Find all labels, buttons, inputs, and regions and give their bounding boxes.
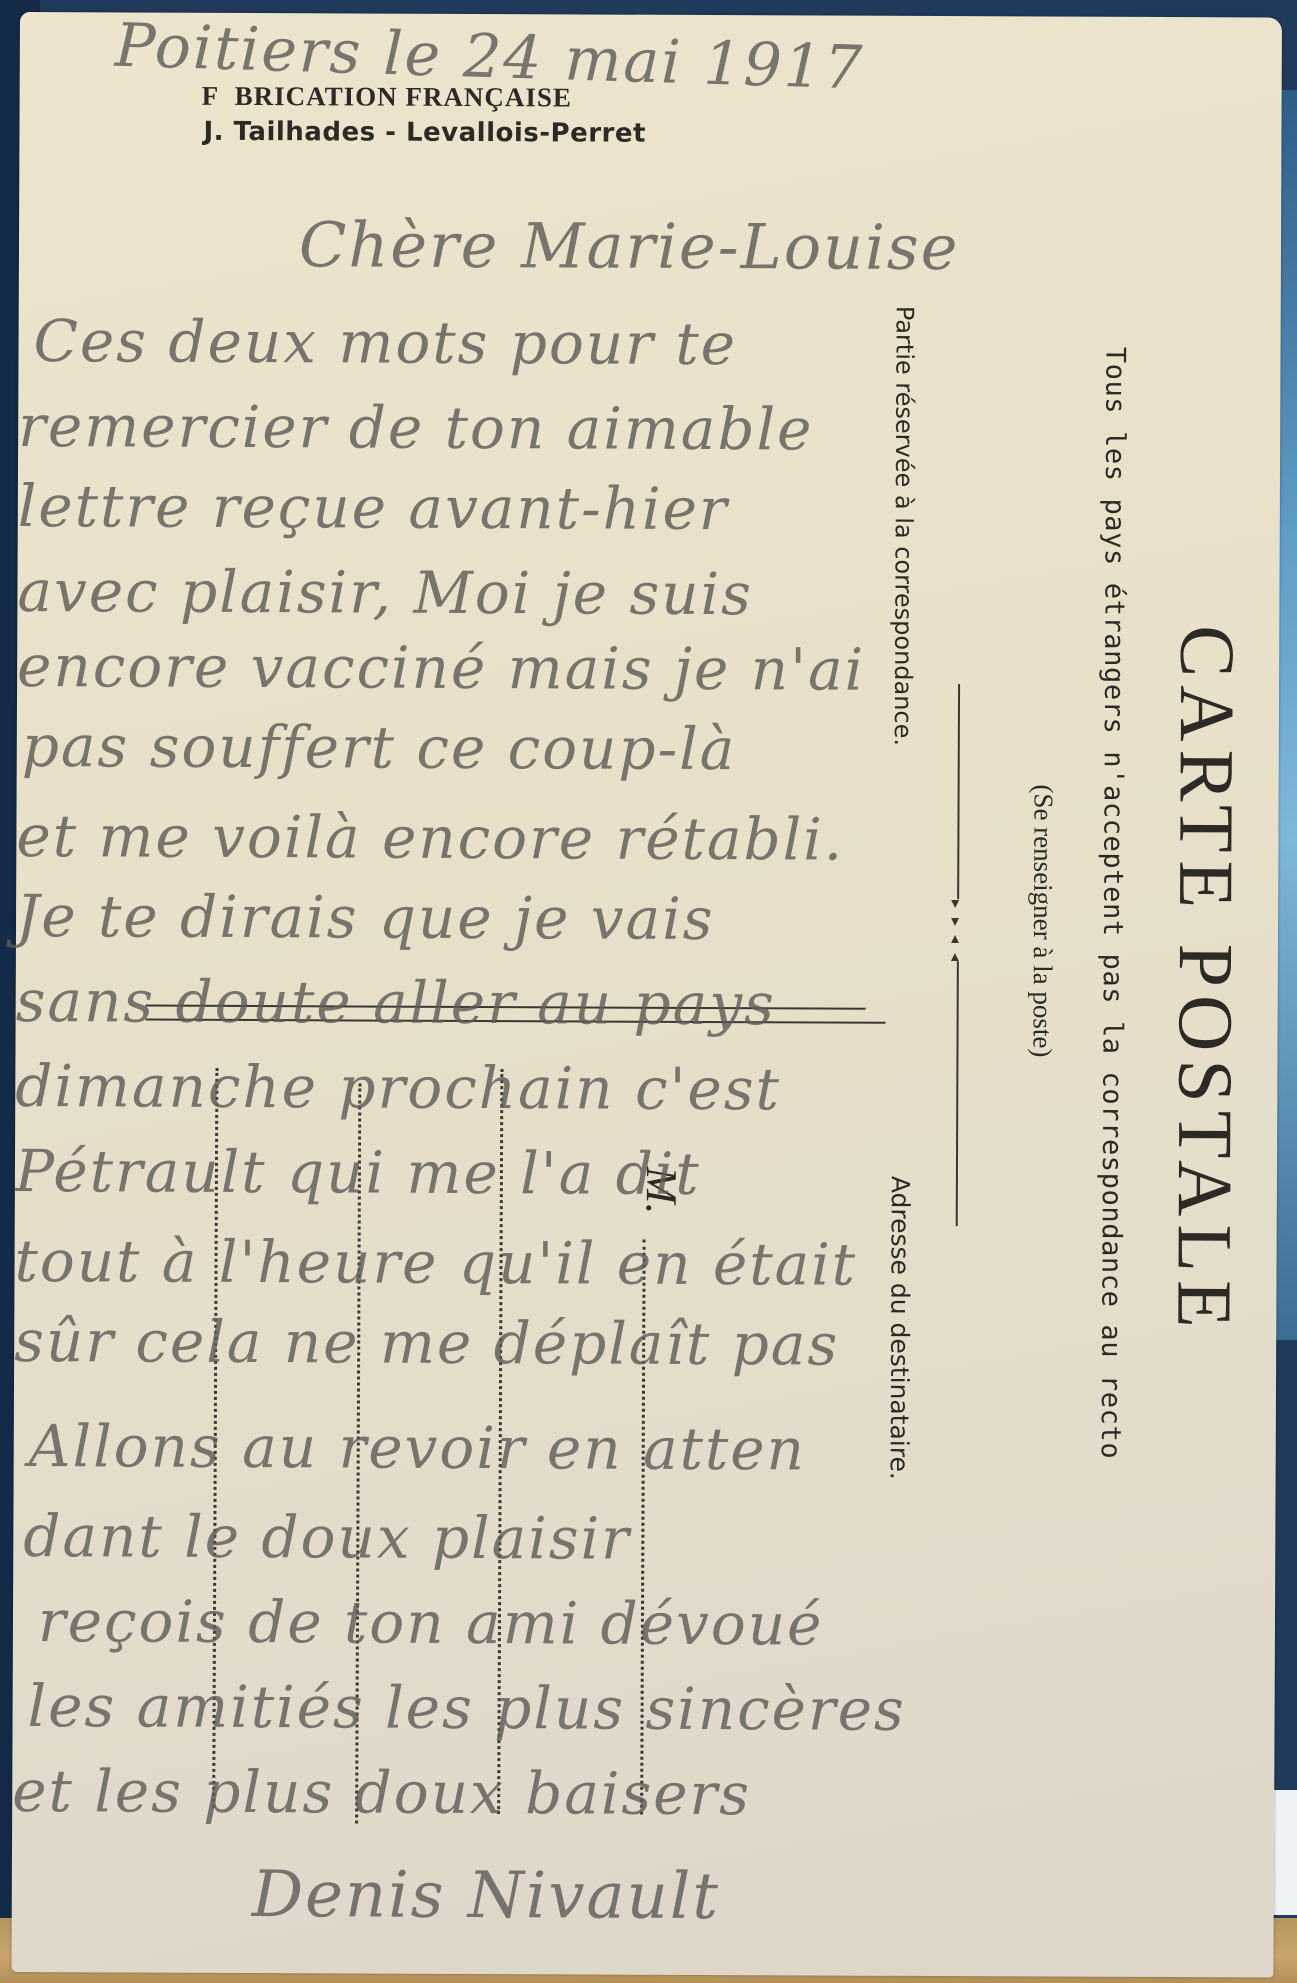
handwritten-line: Ces deux mots pour te xyxy=(33,307,737,378)
handwritten-line: remercier de ton aimable xyxy=(18,392,814,463)
handwritten-line: lettre reçue avant-hier xyxy=(18,472,729,543)
handwritten-line: Allons au revoir en atten xyxy=(29,1412,807,1483)
handwritten-line: et me voilà encore rétabli. xyxy=(16,802,844,874)
handwritten-line: les amitiés les plus sincères xyxy=(27,1672,905,1744)
handwritten-line: reçois de ton ami dévoué xyxy=(38,1587,824,1658)
handwritten-signature: Denis Nivault xyxy=(252,1858,721,1934)
handwritten-line: tout à l'heure qu'il en était xyxy=(14,1227,857,1299)
handwritten-line: dimanche prochain c'est xyxy=(15,1052,781,1123)
handwritten-line: avec plaisir, Moi je suis xyxy=(17,557,753,628)
handwritten-line: Pétrault qui me l'a dit xyxy=(15,1137,701,1208)
divider-arrow-icon: ▾ xyxy=(951,914,959,930)
handwritten-line: sûr cela ne me déplaît pas xyxy=(14,1307,839,1379)
foreign-countries-notice: Tous les pays étrangers n'acceptent pas … xyxy=(1095,347,1131,1460)
recipient-address-label: Adresse du destinataire. xyxy=(885,1176,915,1480)
stamp-divider-line-top xyxy=(957,684,960,899)
handwritten-line: dant le doux plaisir xyxy=(23,1502,631,1573)
publisher-line: J. Tailhades - Levallois-Perret xyxy=(203,117,646,149)
divider-arrow-icon: ▾ xyxy=(951,896,959,912)
correspondence-area-label: Partie réservée à la correspondance. xyxy=(889,306,919,746)
handwritten-line: pas souffert ce coup-là xyxy=(22,712,737,783)
handwritten-line: Je te dirais que je vais xyxy=(16,882,715,953)
handwritten-salutation: Chère Marie-Louise xyxy=(299,208,960,284)
stamp-divider-line-bottom xyxy=(956,961,959,1226)
postcard: F BRICATION FRANÇAISE J. Tailhades - Lev… xyxy=(11,12,1282,1977)
inquire-at-post-notice: (Se renseigner à la poste) xyxy=(1026,784,1058,1057)
handwritten-line: sans doute aller au pays xyxy=(16,967,776,1038)
handwritten-line: et les plus doux baisers xyxy=(12,1757,751,1828)
handwritten-line: encore vacciné mais je n'ai xyxy=(17,632,865,704)
divider-arrow-icon: ▴ xyxy=(951,931,959,947)
carte-postale-title: CARTE POSTALE xyxy=(1159,625,1252,1336)
